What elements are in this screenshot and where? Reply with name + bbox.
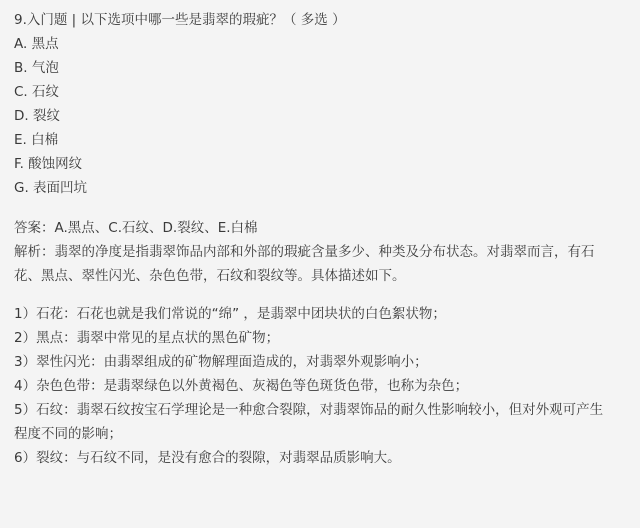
detail-item: 2）黑点：翡翠中常见的星点状的黑色矿物； [14, 326, 626, 350]
option-d: D. 裂纹 [14, 104, 626, 128]
question-title: 9.入门题 | 以下选项中哪一些是翡翠的瑕疵？（ 多选 ） [14, 8, 626, 32]
detail-item: 1）石花：石花也就是我们常说的“绵” ，是翡翠中团块状的白色絮状物； [14, 302, 626, 326]
spacer [14, 200, 626, 216]
detail-item: 5）石纹：翡翠石纹按宝石学理论是一种愈合裂隙，对翡翠饰品的耐久性影响较小，但对外… [14, 398, 614, 446]
detail-item: 3）翠性闪光：由翡翠组成的矿物解理面造成的，对翡翠外观影响小； [14, 350, 626, 374]
option-b: B. 气泡 [14, 56, 626, 80]
document-page: 9.入门题 | 以下选项中哪一些是翡翠的瑕疵？（ 多选 ） A. 黑点 B. 气… [0, 0, 640, 470]
detail-item: 6）裂纹：与石纹不同，是没有愈合的裂隙，对翡翠品质影响大。 [14, 446, 626, 470]
option-g: G. 表面凹坑 [14, 176, 626, 200]
answer-text: 答案：A.黑点、C.石纹、D.裂纹、E.白棉 [14, 216, 626, 240]
details-list: 1）石花：石花也就是我们常说的“绵” ，是翡翠中团块状的白色絮状物； 2）黑点：… [14, 302, 626, 470]
option-f: F. 酸蚀网纹 [14, 152, 626, 176]
spacer [14, 288, 626, 302]
analysis-text: 解析：翡翠的净度是指翡翠饰品内部和外部的瑕疵含量多少、种类及分布状态。对翡翠而言… [14, 240, 614, 288]
option-e: E. 白棉 [14, 128, 626, 152]
options-list: A. 黑点 B. 气泡 C. 石纹 D. 裂纹 E. 白棉 F. 酸蚀网纹 G.… [14, 32, 626, 200]
option-c: C. 石纹 [14, 80, 626, 104]
detail-item: 4）杂色色带：是翡翠绿色以外黄褐色、灰褐色等色斑货色带，也称为杂色； [14, 374, 626, 398]
option-a: A. 黑点 [14, 32, 626, 56]
